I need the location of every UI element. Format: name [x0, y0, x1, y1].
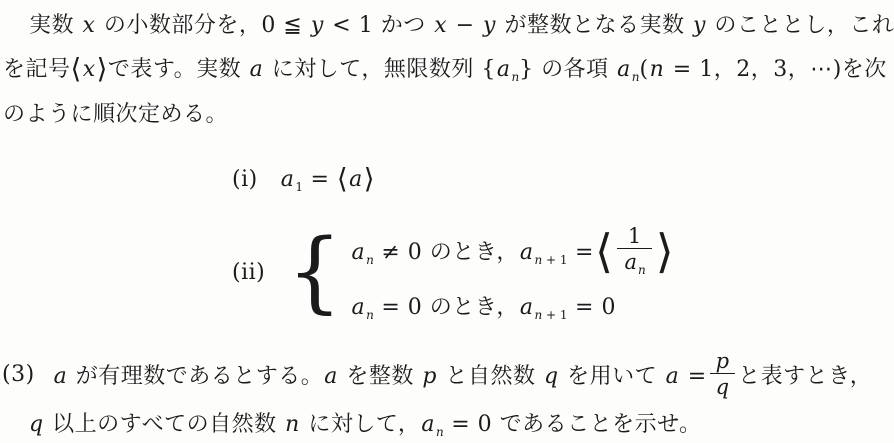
intro-line-3: のように順次定める。 — [3, 97, 228, 128]
definition-item-ii: (ii) { an ≠ 0 のとき，an + 1 = ⟨ 1 an ⟩ an =… — [232, 224, 675, 322]
cases-block: an ≠ 0 のとき，an + 1 = ⟨ 1 an ⟩ an = 0 のとき，… — [350, 224, 675, 322]
fraction-one-over-an: 1 an — [617, 224, 651, 278]
intro-line-2: を記号⟨x⟩で表す。実数 a に対して，無限数列 {an} の各項 an(n =… — [3, 52, 887, 85]
fraction-numerator: p — [710, 349, 735, 373]
fraction-p-over-q: p q — [710, 349, 735, 399]
intro-line-1: 実数 x の小数部分を，0 ≦ y < 1 かつ x − y が整数となる実数 … — [29, 8, 894, 39]
fraction-denominator: q — [710, 373, 735, 399]
case-an-zero: an = 0 のとき，an + 1 = 0 — [350, 290, 675, 322]
fraction-denominator: an — [617, 248, 651, 278]
definition-item-i: (i) a1 = ⟨a⟩ — [232, 163, 375, 195]
problem-3-line-2: q 以上のすべての自然数 n に対して，an = 0 であることを示せ。 — [28, 407, 702, 439]
item-i-label: (i) — [232, 167, 258, 192]
case-1-text: an ≠ 0 のとき，an + 1 = — [350, 235, 594, 267]
cases-brace: { — [287, 233, 342, 314]
item-i-formula: a1 = ⟨a⟩ — [280, 163, 375, 195]
problem-3-text-before-fraction: a が有理数であるとする。a を整数 p と自然数 q を用いて a = — [53, 359, 707, 390]
problem-3-label: (3) — [2, 362, 35, 387]
right-angle-bracket-icon: ⟩ — [656, 228, 674, 274]
problem-3-line-1: (3) a が有理数であるとする。a を整数 p と自然数 q を用いて a =… — [2, 349, 872, 399]
problem-3-text-after-fraction: と表すとき， — [738, 359, 872, 390]
left-angle-bracket-icon: ⟨ — [595, 228, 613, 274]
fraction-numerator: 1 — [622, 224, 647, 248]
case-an-nonzero: an ≠ 0 のとき，an + 1 = ⟨ 1 an ⟩ — [350, 224, 675, 278]
case-2-text: an = 0 のとき，an + 1 = 0 — [350, 290, 616, 322]
item-ii-label: (ii) — [232, 260, 265, 285]
problem-document: 実数 x の小数部分を，0 ≦ y < 1 かつ x − y が整数となる実数 … — [0, 0, 894, 443]
